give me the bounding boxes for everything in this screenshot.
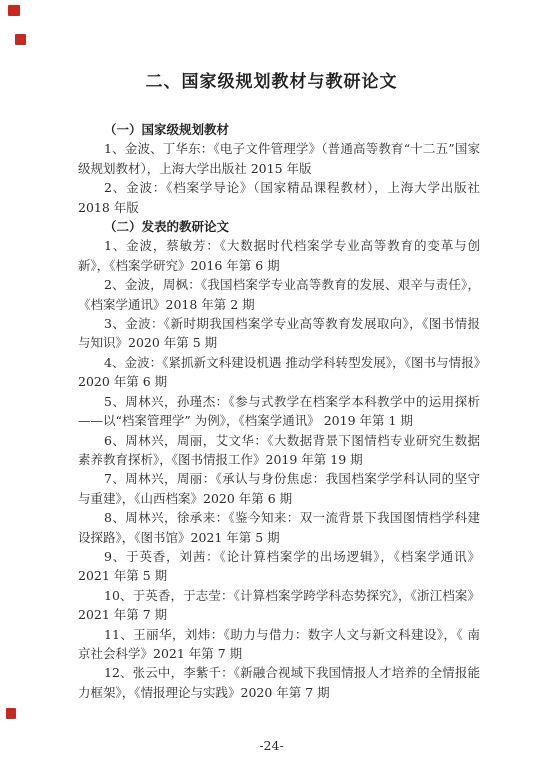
red-stamp-mark-upper <box>15 34 26 45</box>
reference-item: 10、于英香，于志莹：《计算档案学跨学科态势探究》，《浙江档案》2021 年第 … <box>78 586 480 625</box>
reference-item: 3、金波：《新时期我国档案学专业高等教育发展取向》，《图书情报与知识》2020 … <box>78 314 480 353</box>
document-page: 二、国家级规划教材与教研论文 （一）国家级规划教材 1、金波、丁华东：《电子文件… <box>0 0 543 768</box>
reference-item: 11、王丽华，刘炜：《助力与借力：数字人文与新文科建设》，《 南京社会科学》20… <box>78 625 480 664</box>
reference-item: 2、金波：《档案学导论》（国家精品课程教材），上海大学出版社 2018 年版 <box>78 178 480 217</box>
reference-item: 2、金波，周枫：《我国档案学专业高等教育的发展、艰辛与责任》，《档案学通讯》20… <box>78 275 480 314</box>
reference-item: 12、张云中，李紫千：《新融合视域下我国情报人才培养的全情报能力框架》，《情报理… <box>78 663 480 702</box>
reference-item: 1、金波，蔡敏芳：《大数据时代档案学专业高等教育的变革与创新》，《档案学研究》2… <box>78 236 480 275</box>
reference-item: 7、周林兴，周丽：《承认与身份焦虑：我国档案学学科认同的坚守与重建》，《山西档案… <box>78 469 480 508</box>
reference-item: 9、于英香，刘茜：《论计算档案学的出场逻辑》，《档案学通讯》2021 年第 5 … <box>78 547 480 586</box>
red-stamp-mark-top <box>8 5 20 16</box>
red-stamp-mark-bottom <box>6 708 16 719</box>
document-body: （一）国家级规划教材 1、金波、丁华东：《电子文件管理学》（普通高等教育“十二五… <box>78 120 480 702</box>
page-number: -24- <box>0 738 543 753</box>
reference-item: 1、金波、丁华东：《电子文件管理学》（普通高等教育“十二五”国家级规划教材），上… <box>78 139 480 178</box>
reference-item: 5、周林兴，孙瑾杰：《参与式教学在档案学本科教学中的运用探析——以“档案管理学”… <box>78 392 480 431</box>
reference-item: 6、周林兴，周丽，艾文华：《大数据背景下图情档专业研究生数据素养教育探析》，《图… <box>78 431 480 470</box>
reference-item: 4、金波：《紧抓新文科建设机遇 推动学科转型发展》，《图书与情报》2020 年第… <box>78 353 480 392</box>
section-heading-textbooks: （一）国家级规划教材 <box>78 120 480 139</box>
section-heading-papers: （二）发表的教研论文 <box>78 217 480 236</box>
reference-item: 8、周林兴，徐承来：《鉴今知来：双一流背景下我国图情档学科建设探路》，《图书馆》… <box>78 508 480 547</box>
page-title: 二、国家级规划教材与教研论文 <box>0 67 543 92</box>
